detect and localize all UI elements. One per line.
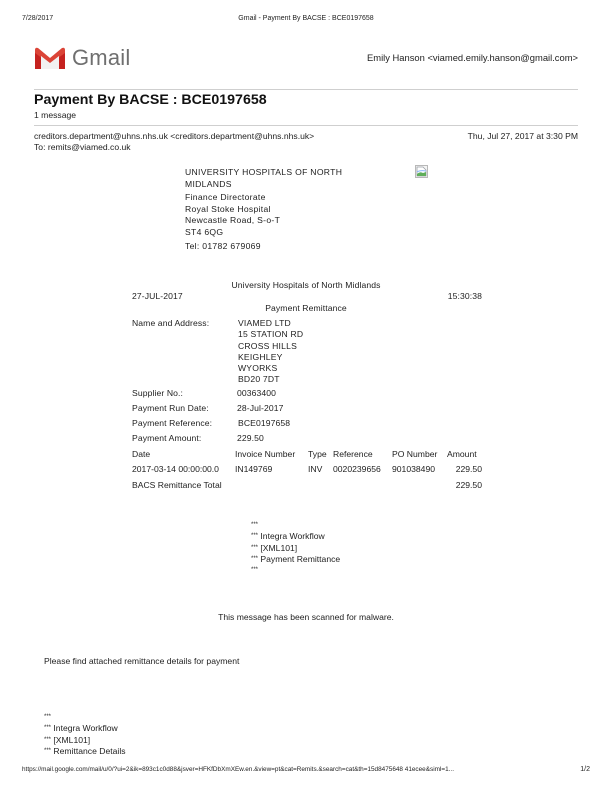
- workflow-line: *** Remittance Details: [44, 746, 126, 757]
- header-po-number: PO Number: [392, 449, 437, 459]
- supplier-no-value: 00363400: [237, 388, 276, 398]
- remittance-title: Payment Remittance: [0, 303, 612, 313]
- malware-scan-notice: This message has been scanned for malwar…: [0, 612, 612, 622]
- sent-date: Thu, Jul 27, 2017 at 3:30 PM: [468, 131, 578, 141]
- letterhead-line: Tel: 01782 679069: [185, 241, 342, 253]
- cell-invoice-number: IN149769: [235, 464, 272, 474]
- header-type: Type: [308, 449, 327, 459]
- remittance-organisation: University Hospitals of North Midlands: [0, 280, 612, 290]
- letterhead-line: Newcastle Road, S-o-T: [185, 215, 342, 227]
- page-number: 1/2: [580, 766, 590, 773]
- cell-date: 2017-03-14 00:00:00.0: [132, 464, 219, 474]
- cell-po-number: 901038490: [392, 464, 435, 474]
- letterhead-line: UNIVERSITY HOSPITALS OF NORTH: [185, 167, 342, 179]
- address-line: CROSS HILLS: [238, 341, 303, 352]
- broken-image-icon: [415, 165, 428, 178]
- cell-amount: 229.50: [456, 464, 482, 474]
- address-line: WYORKS: [238, 363, 303, 374]
- total-value: 229.50: [456, 480, 482, 490]
- workflow-line: *** Payment Remittance: [251, 554, 340, 565]
- workflow-line: *** [XML101]: [44, 735, 126, 746]
- letterhead-line: Finance Directorate: [185, 192, 342, 204]
- payment-amount-value: 229.50: [237, 433, 264, 443]
- message-count: 1 message: [34, 110, 76, 120]
- letterhead-line: Royal Stoke Hospital: [185, 204, 342, 216]
- letterhead-line: ST4 6QG: [185, 227, 342, 239]
- gmail-logo[interactable]: Gmail: [34, 46, 130, 70]
- header-amount: Amount: [447, 449, 477, 459]
- workflow-line: ***: [44, 712, 126, 723]
- print-url: https://mail.google.com/mail/u/0/?ui=2&i…: [22, 766, 454, 773]
- supplier-address: VIAMED LTD 15 STATION RD CROSS HILLS KEI…: [238, 318, 303, 386]
- address-line: VIAMED LTD: [238, 318, 303, 329]
- header-divider: [34, 89, 578, 90]
- payment-reference-label: Payment Reference:: [132, 418, 212, 428]
- payment-amount-label: Payment Amount:: [132, 433, 201, 443]
- workflow-line: ***: [251, 565, 340, 576]
- address-line: KEIGHLEY: [238, 352, 303, 363]
- address-line: 15 STATION RD: [238, 329, 303, 340]
- cell-reference: 0020239656: [333, 464, 381, 474]
- account-identity: Emily Hanson <viamed.emily.hanson@gmail.…: [367, 52, 578, 63]
- header-reference: Reference: [333, 449, 373, 459]
- payment-run-date-label: Payment Run Date:: [132, 403, 209, 413]
- address-line: BD20 7DT: [238, 374, 303, 385]
- payment-reference-value: BCE0197658: [238, 418, 290, 428]
- payment-run-date-value: 28-Jul-2017: [237, 403, 284, 413]
- workflow-line: *** Integra Workflow: [44, 723, 126, 734]
- workflow-footer-block: *** *** Integra Workflow *** [XML101] **…: [251, 520, 340, 576]
- header-date: Date: [132, 449, 150, 459]
- gmail-m-icon: [34, 46, 66, 70]
- total-label: BACS Remittance Total: [132, 480, 222, 490]
- recipient: To: remits@viamed.co.uk: [34, 142, 131, 152]
- remittance-date: 27-JUL-2017: [132, 291, 183, 301]
- cell-type: INV: [308, 464, 322, 474]
- subject-divider: [34, 125, 578, 126]
- workflow-details-block: *** *** Integra Workflow *** [XML101] **…: [44, 712, 126, 757]
- workflow-line: *** Integra Workflow: [251, 531, 340, 542]
- remittance-time: 15:30:38: [448, 291, 482, 301]
- workflow-line: *** [XML101]: [251, 543, 340, 554]
- workflow-line: ***: [251, 520, 340, 531]
- header-invoice-number: Invoice Number: [235, 449, 295, 459]
- letterhead-line: MIDLANDS: [185, 179, 342, 191]
- name-address-label: Name and Address:: [132, 318, 209, 328]
- gmail-wordmark: Gmail: [72, 45, 130, 71]
- thread-subject: Payment By BACSE : BCE0197658: [34, 92, 267, 108]
- supplier-no-label: Supplier No.:: [132, 388, 183, 398]
- sender[interactable]: creditors.department@uhns.nhs.uk <credit…: [34, 131, 314, 141]
- message-body-text: Please find attached remittance details …: [44, 656, 239, 666]
- letterhead: UNIVERSITY HOSPITALS OF NORTH MIDLANDS F…: [185, 167, 342, 252]
- print-title: Gmail - Payment By BACSE : BCE0197658: [0, 15, 612, 22]
